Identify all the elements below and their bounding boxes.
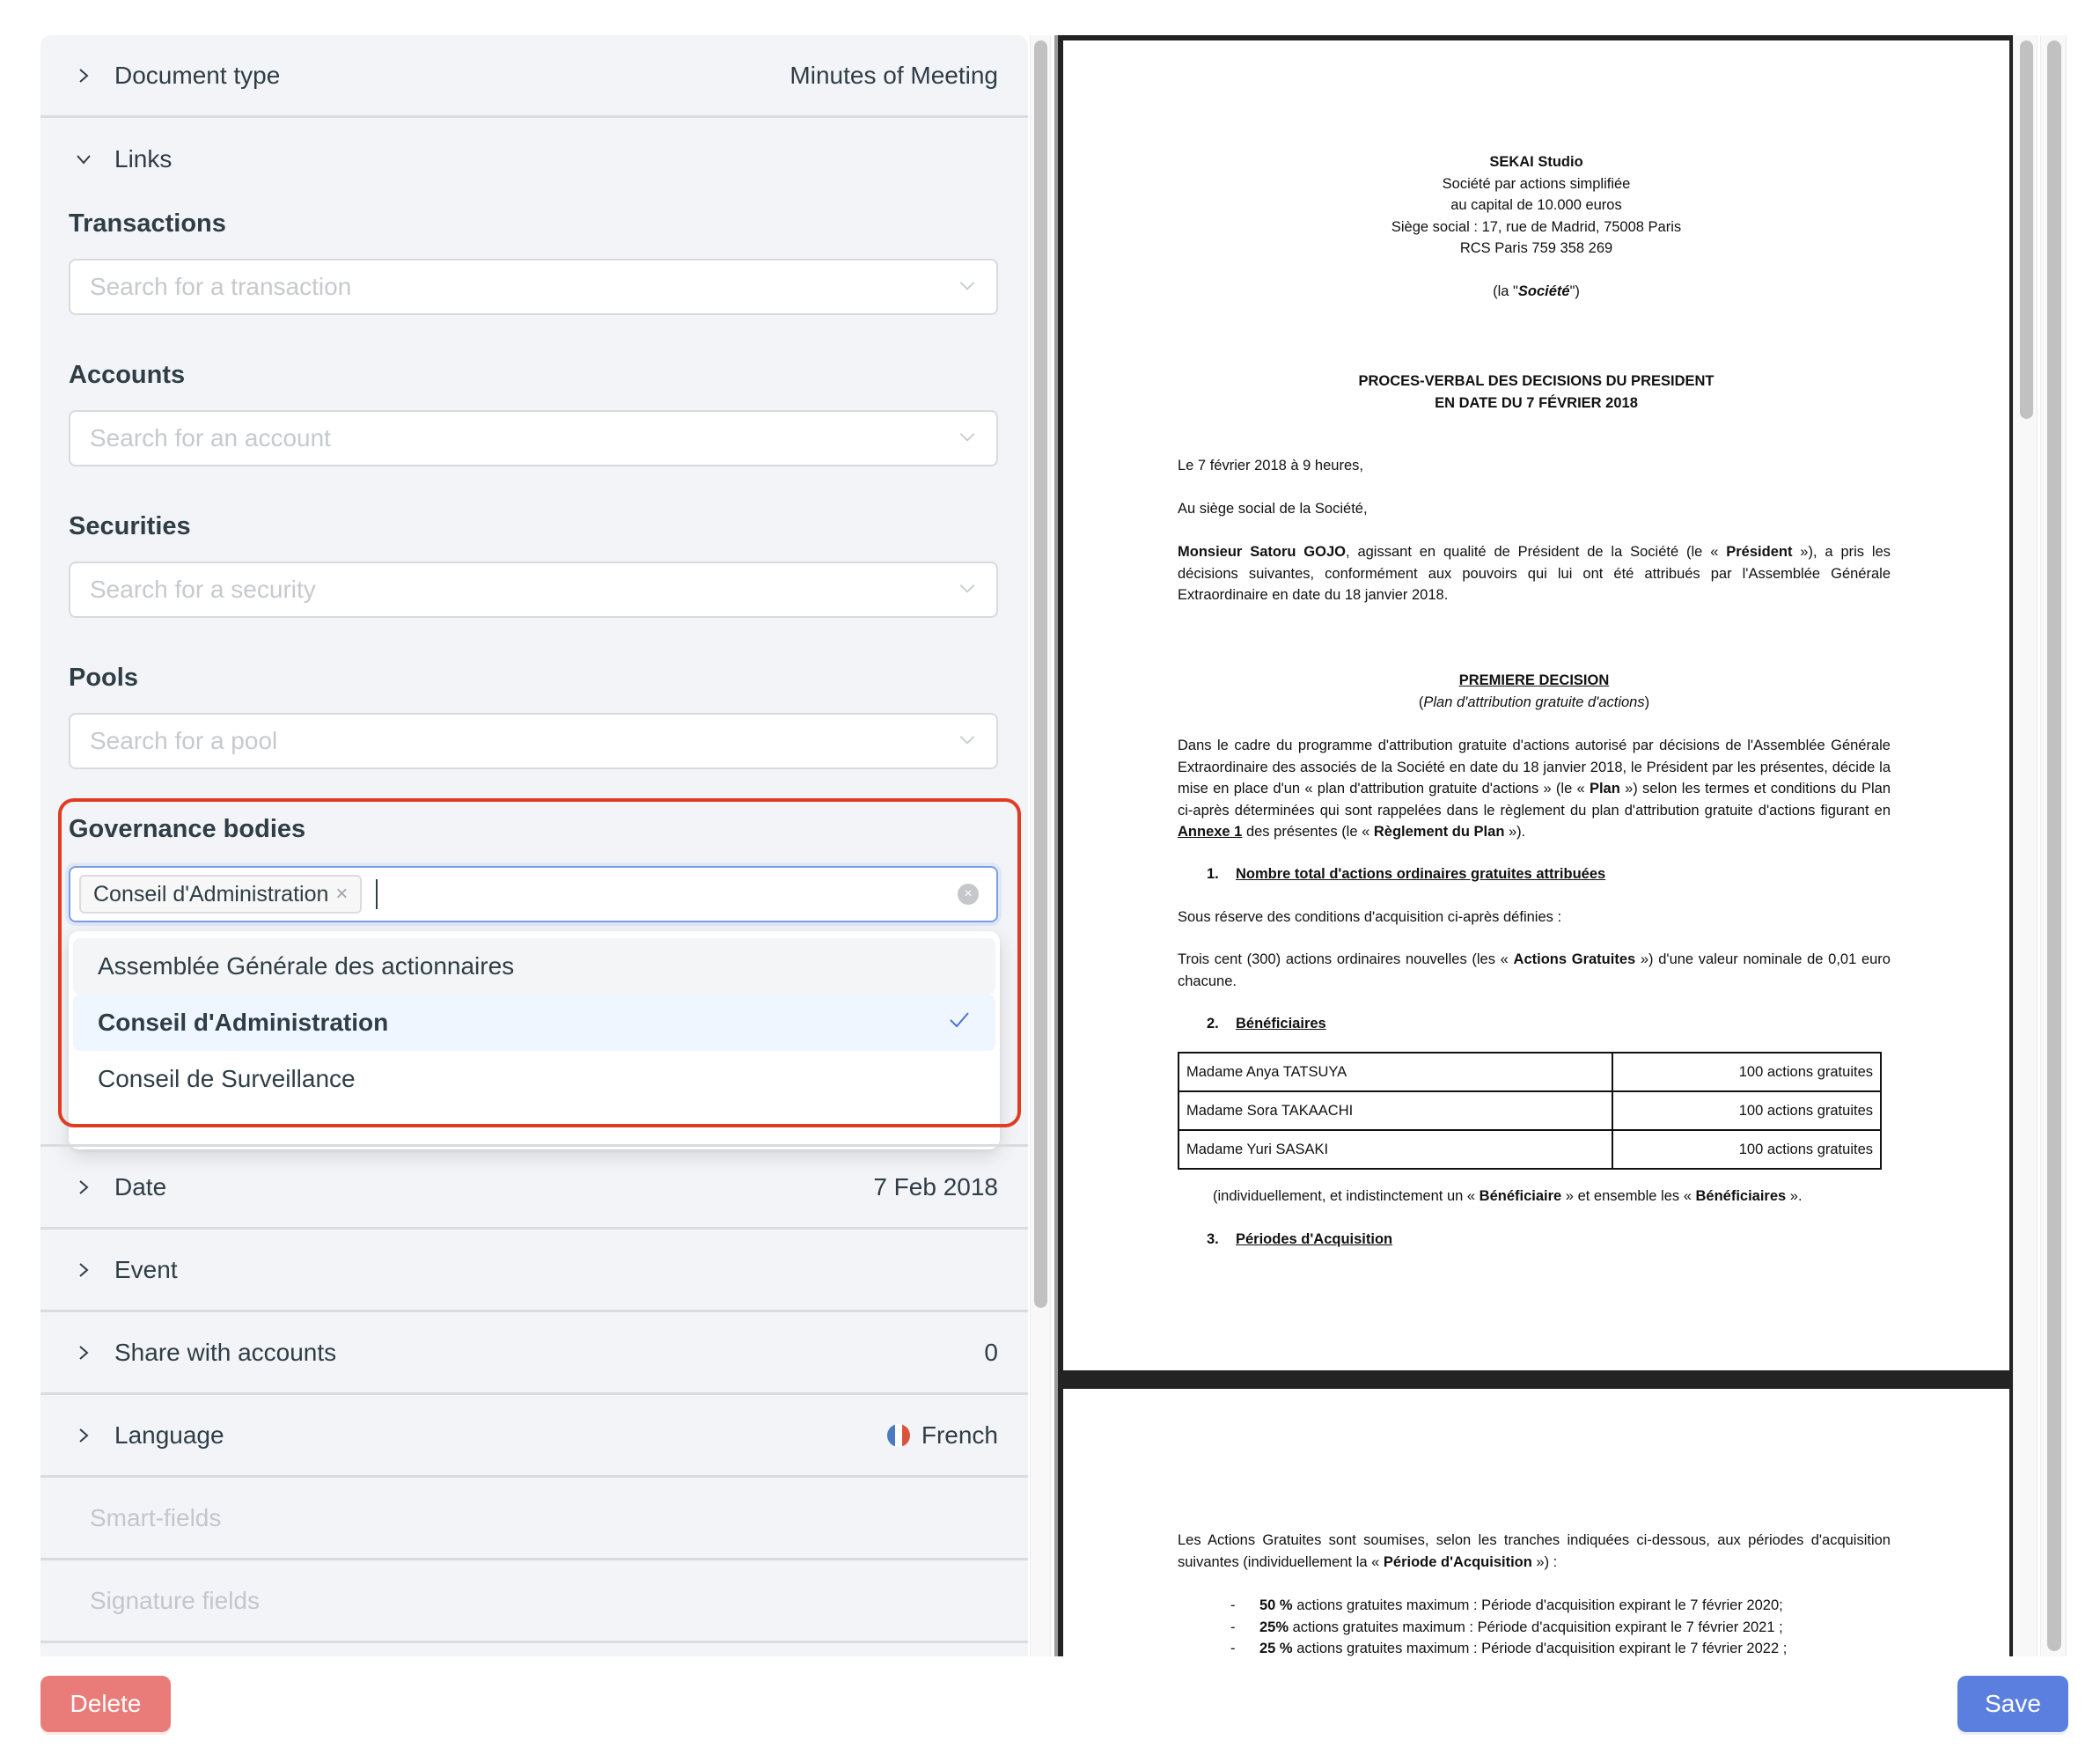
section-3-heading: 3.Périodes d'Acquisition [1178,1229,1891,1251]
transactions-label: Transactions [69,209,226,239]
language-label: French [922,1421,998,1450]
list-item: -50 % actions gratuites maximum : Périod… [1230,1595,1891,1617]
company-name: SEKAI Studio [1063,151,2009,173]
accordion-share-with-accounts[interactable]: Share with accounts 0 [40,1312,1028,1395]
chevron-down-icon [70,151,97,168]
header-line: au capital de 10.000 euros [1063,195,2009,217]
accordion-label: Date [114,1173,873,1201]
accordion-label: Document type [114,62,789,90]
beneficiary-name: Madame Sora TAKAACHI [1178,1091,1612,1130]
document-settings-panel: Document type Minutes of Meeting Links T… [40,35,1028,1656]
accordion-links[interactable]: Links [40,118,1028,201]
document-page-2: Les Actions Gratuites sont soumises, sel… [1063,1389,2009,1656]
beneficiary-shares: 100 actions gratuites [1612,1130,1881,1169]
header-line: RCS Paris 759 358 269 [1063,238,2009,260]
table-row: Madame Sora TAKAACHI100 actions gratuite… [1178,1091,1881,1130]
remove-chip-icon[interactable]: × [335,882,348,907]
governance-dropdown-menu: Assemblée Générale des actionnaires Cons… [69,931,1000,1149]
governance-bodies-label: Governance bodies [69,815,305,844]
accounts-label: Accounts [69,361,185,390]
transactions-placeholder: Search for a transaction [90,273,958,301]
date-value: 7 Feb 2018 [873,1173,998,1201]
beneficiary-name: Madame Anya TATSUYA [1178,1053,1612,1091]
page-scrollbar-thumb[interactable] [2047,40,2061,1651]
chevron-down-icon [958,727,977,755]
intro-place: Au siège social de la Société, [1178,498,1891,520]
securities-select[interactable]: Search for a security [69,562,998,618]
checkmark-icon [948,1009,971,1038]
table-row: Madame Yuri SASAKI100 actions gratuites [1178,1130,1881,1169]
pools-label: Pools [69,664,138,693]
beneficiaries-table: Madame Anya TATSUYA100 actions gratuites… [1178,1052,1882,1170]
dropdown-option[interactable]: Assemblée Générale des actionnaires [73,938,995,995]
company-header: SEKAI Studio Société par actions simplif… [1063,151,2009,302]
accordion-label: Links [114,145,998,173]
beneficiary-name: Madame Yuri SASAKI [1178,1130,1612,1169]
option-label: Assemblée Générale des actionnaires [98,952,971,980]
document-page-1: SEKAI Studio Société par actions simplif… [1063,40,2009,1370]
dropdown-option-selected[interactable]: Conseil d'Administration [73,995,995,1051]
conditions-text: Sous réserve des conditions d'acquisitio… [1178,907,1891,929]
president-paragraph: Monsieur Satoru GOJO, agissant en qualit… [1178,541,1891,606]
document-preview[interactable]: SEKAI Studio Société par actions simplif… [1054,35,2014,1656]
chevron-right-icon [70,67,97,84]
chevron-down-icon [958,424,977,452]
securities-placeholder: Search for a security [90,576,958,604]
accordion-label: Event [114,1256,998,1284]
accordion-smart-fields: Smart-fields [40,1478,1028,1560]
accounts-select[interactable]: Search for an account [69,410,998,466]
viewer-edge [1054,35,1058,1656]
acquisition-paragraph: Les Actions Gratuites sont soumises, sel… [1178,1530,1891,1573]
securities-label: Securities [69,512,191,541]
decision-paragraph: Dans le cadre du programme d'attribution… [1178,735,1891,843]
option-label: Conseil d'Administration [98,1009,948,1037]
save-button[interactable]: Save [1957,1676,2068,1732]
header-line: Siège social : 17, rue de Madrid, 75008 … [1063,217,2009,239]
accordion-label: Signature fields [90,1587,998,1615]
transactions-select[interactable]: Search for a transaction [69,259,998,315]
table-row: Madame Anya TATSUYA100 actions gratuites [1178,1053,1881,1091]
intro-date: Le 7 février 2018 à 9 heures, [1178,455,1891,477]
pools-select[interactable]: Search for a pool [69,713,998,769]
company-alias: (la "Société") [1063,281,2009,303]
decision-heading: PREMIERE DECISION (Plan d'attribution gr… [1178,670,1891,713]
list-item: -25 % actions gratuites maximum : Périod… [1230,1638,1891,1656]
chevron-right-icon [70,1344,97,1362]
list-item: -25% actions gratuites maximum : Période… [1230,1617,1891,1639]
governance-bodies-multiselect[interactable]: Conseil d'Administration × × [69,866,998,922]
accordion-label: Smart-fields [90,1504,998,1532]
chevron-right-icon [70,1427,97,1444]
left-panel-scrollbar-thumb[interactable] [1034,40,1047,1308]
chevron-down-icon [958,576,977,604]
section-1-heading: 1.Nombre total d'actions ordinaires grat… [1178,863,1891,885]
section-2-heading: 2.Bénéficiaires [1178,1013,1891,1035]
header-line: Société par actions simplifiée [1063,173,2009,195]
text-cursor [376,879,378,909]
accordion-document-type[interactable]: Document type Minutes of Meeting [40,35,1028,118]
delete-button[interactable]: Delete [40,1676,171,1732]
viewer-scrollbar-thumb[interactable] [2020,40,2033,419]
acquisition-periods-list: -50 % actions gratuites maximum : Périod… [1178,1595,1891,1656]
share-count: 0 [984,1339,998,1367]
accordion-language[interactable]: Language French [40,1395,1028,1478]
chevron-right-icon [70,1178,97,1196]
document-type-value: Minutes of Meeting [789,62,998,90]
document-title: PROCES-VERBAL DES DECISIONS DU PRESIDENT… [1063,371,2009,414]
language-value: French [886,1421,998,1450]
accordion-event[interactable]: Event [40,1230,1028,1312]
france-flag-icon [886,1423,911,1448]
option-label: Conseil de Surveillance [98,1065,971,1093]
accordion-signature-fields: Signature fields [40,1560,1028,1643]
beneficiary-shares: 100 actions gratuites [1612,1091,1881,1130]
chevron-down-icon [958,273,977,301]
beneficiaries-note: (individuellement, et indistinctement un… [1178,1186,1891,1208]
accounts-placeholder: Search for an account [90,424,958,452]
beneficiary-shares: 100 actions gratuites [1612,1053,1881,1091]
chevron-right-icon [70,1261,97,1279]
selected-chip: Conseil d'Administration × [79,875,362,914]
clear-icon[interactable]: × [958,884,979,905]
chip-label: Conseil d'Administration [93,882,328,907]
shares-paragraph: Trois cent (300) actions ordinaires nouv… [1178,949,1891,992]
viewer-scrollbar[interactable] [2013,35,2038,1656]
left-panel-scrollbar[interactable] [1030,35,1051,1656]
accordion-label: Share with accounts [114,1339,984,1367]
dropdown-option[interactable]: Conseil de Surveillance [73,1051,995,1107]
pools-placeholder: Search for a pool [90,727,958,755]
page-scrollbar[interactable] [2040,35,2067,1656]
accordion-date[interactable]: Date 7 Feb 2018 [40,1144,1028,1230]
accordion-label: Language [114,1421,886,1450]
